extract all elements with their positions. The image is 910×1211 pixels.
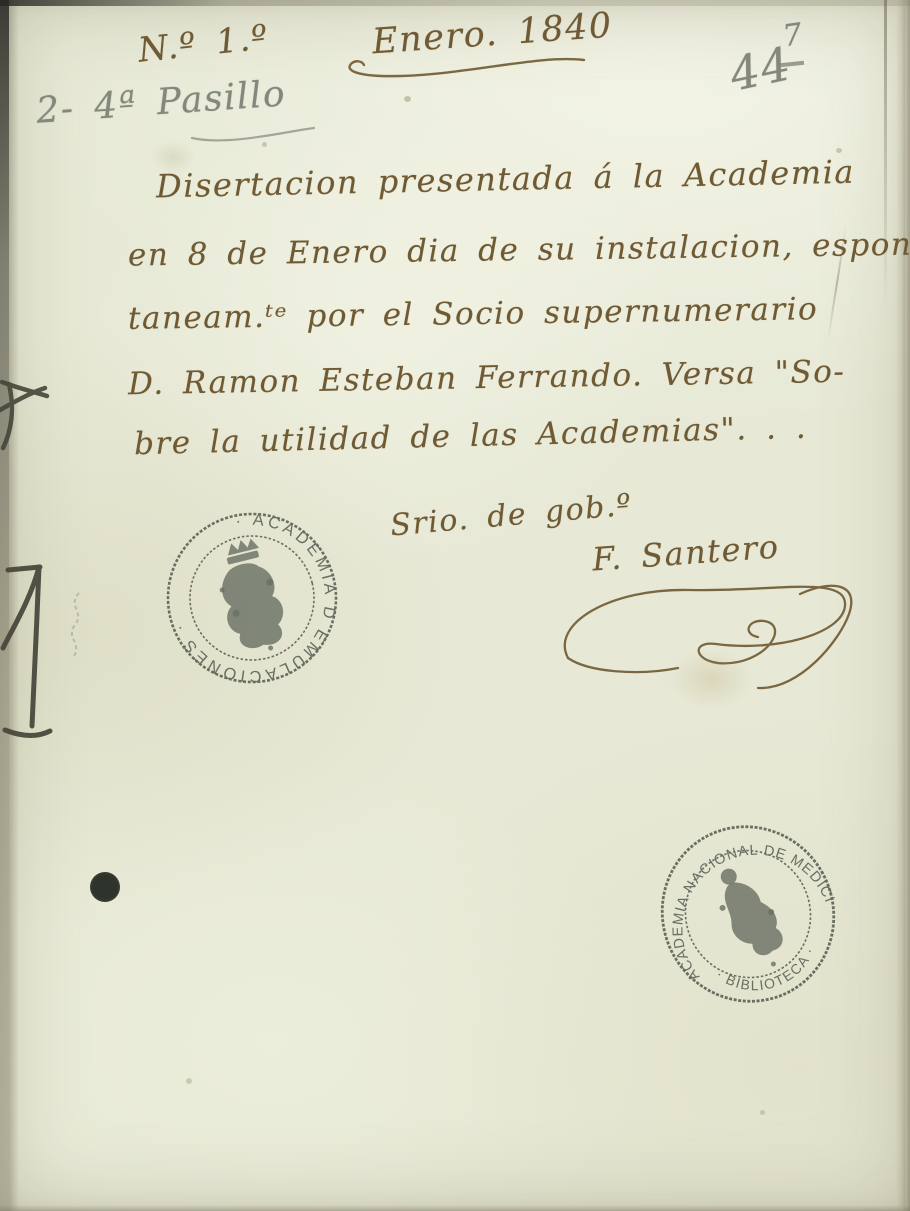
scan-edge-top — [0, 0, 910, 6]
shelf-mark-underline — [188, 120, 318, 146]
signature-rubric-flourish — [548, 572, 868, 722]
scan-edge-bottom — [0, 1205, 910, 1211]
scan-edge-right — [902, 0, 910, 1211]
date-underline-flourish — [336, 52, 591, 84]
figure-emblem — [704, 859, 798, 976]
binding-thread-bottom — [0, 558, 56, 748]
binding-thread-top — [0, 370, 52, 455]
coat-of-arms-emblem — [209, 534, 292, 659]
scanned-manuscript-page: N.º 1.º Enero. 1840 7 44 2- 4ª Pasillo D… — [0, 0, 910, 1211]
pencil-scribble — [55, 588, 100, 668]
